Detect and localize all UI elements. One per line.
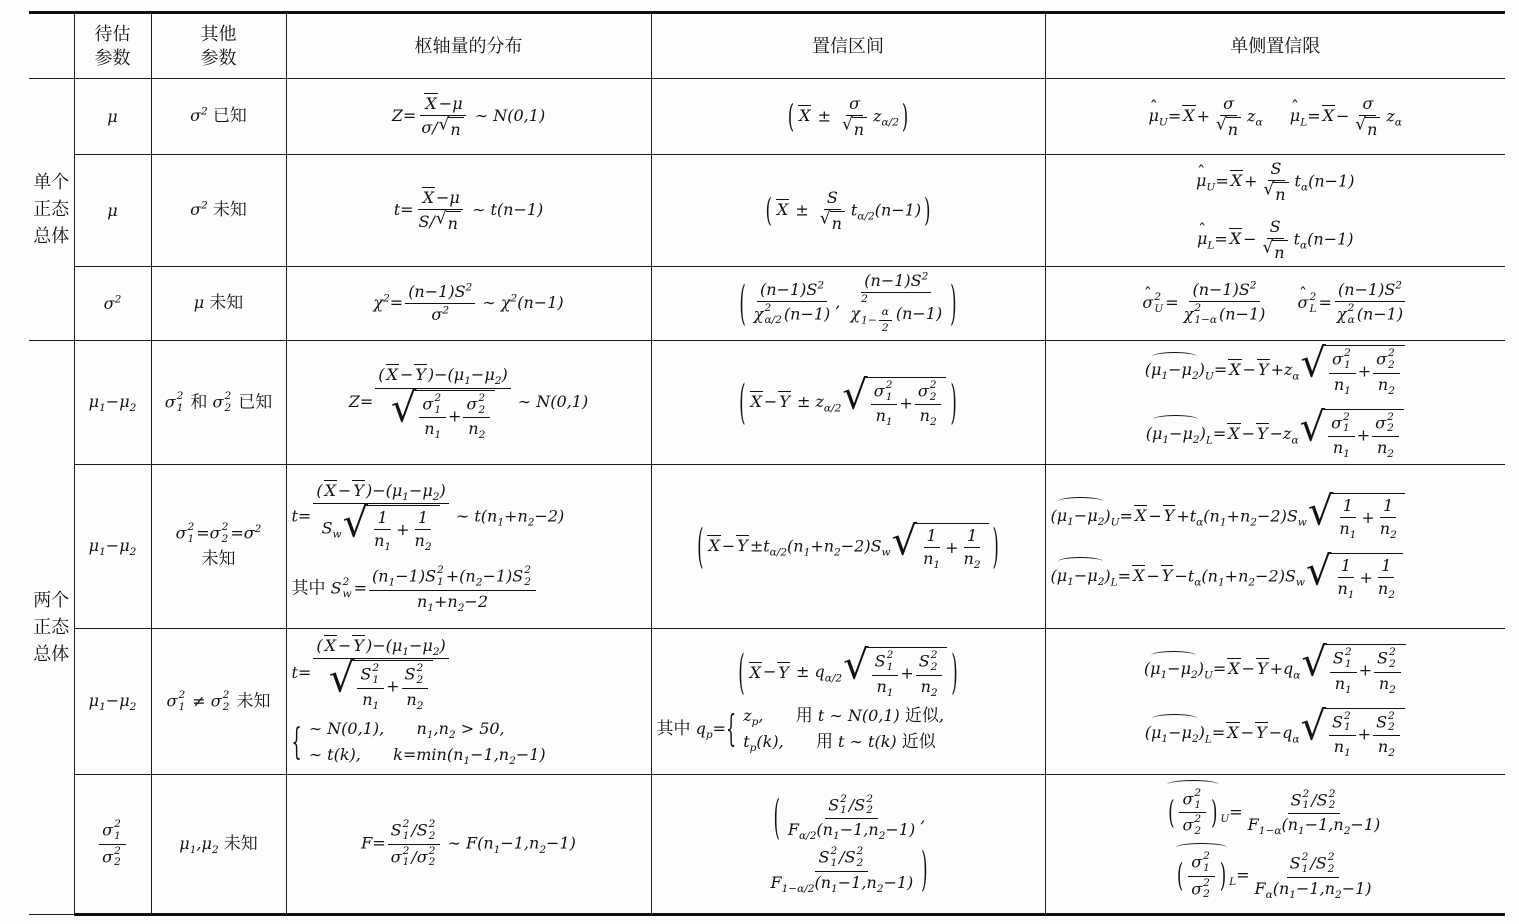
cell-other-1: σ2 已知: [151, 79, 286, 155]
cell-param-2: μ: [74, 155, 151, 267]
cell-param-1: μ: [74, 79, 151, 155]
cell-limits-1: μU=X+σ√nzαμL=X−σ√nzα: [1045, 79, 1505, 155]
cell-pivot-6: t=(X−Y)−(μ1−μ2)√S21n1+S22n2 {∼ N(0,1), n…: [286, 629, 651, 775]
cell-ci-2: (X ± S√ntα/2(n−1)): [651, 155, 1045, 267]
row-variance-ratio: σ21σ22 μ1,μ2 未知 F=S21/S22σ21/σ22 ∼ F(n1−…: [29, 775, 1505, 915]
row-mu-sigma-known: 单个 正态 总体 μ σ2 已知 Z=X−μσ/√n ∼ N(0,1) (X ±…: [29, 79, 1505, 155]
cell-limits-4: (μ1−μ2)U=X−Y+zα√σ21n1+σ22n2 (μ1−μ2)L=X−Y…: [1045, 341, 1505, 465]
cell-limits-2: μU=X+S√ntα(n−1) μL=X−S√ntα(n−1): [1045, 155, 1505, 267]
header-row: 待估 参数 其他 参数 枢轴量的分布 置信区间 单侧置信限: [29, 13, 1505, 79]
row-mu-sigma-unknown: μ σ2 未知 t=X−μS/√n ∼ t(n−1) (X ± S√ntα/2(…: [29, 155, 1505, 267]
row-mudiff-vars-known: 两个 正态 总体 μ1−μ2 σ21 和 σ22 已知 Z=(X−Y)−(μ1−…: [29, 341, 1505, 465]
header-ci: 置信区间: [651, 13, 1045, 79]
cell-param-6: μ1−μ2: [74, 629, 151, 775]
cell-limits-7: (σ21σ22)U=S21/S22F1−α(n1−1,n2−1) (σ21σ22…: [1045, 775, 1505, 915]
cell-ci-5: (X−Y±tα/2(n1+n2−2)Sw√1n1+1n2): [651, 465, 1045, 629]
page: 待估 参数 其他 参数 枢轴量的分布 置信区间 单侧置信限 单个 正态 总体 μ…: [0, 0, 1519, 924]
cell-ci-1: (X ± σ√nzα/2): [651, 79, 1045, 155]
row-mudiff-unequal: μ1−μ2 σ21 ≠ σ22 未知 t=(X−Y)−(μ1−μ2)√S21n1…: [29, 629, 1505, 775]
cell-other-6: σ21 ≠ σ22 未知: [151, 629, 286, 775]
cell-other-5: σ21=σ22=σ2 未知: [151, 465, 286, 629]
cell-other-4: σ21 和 σ22 已知: [151, 341, 286, 465]
cell-ci-3: ((n−1)S2χ2α/2(n−1), (n−1)S2χ21−α2(n−1)): [651, 267, 1045, 341]
row-sigma2: σ2 μ 未知 χ2=(n−1)S2σ2 ∼ χ2(n−1) ((n−1)S2χ…: [29, 267, 1505, 341]
cell-pivot-1: Z=X−μσ/√n ∼ N(0,1): [286, 79, 651, 155]
cell-ci-7: (S21/S22Fα/2(n1−1,n2−1), S21/S22F1−α/2(n…: [651, 775, 1045, 915]
cell-ci-4: (X−Y ± zα/2√σ21n1+σ22n2): [651, 341, 1045, 465]
cell-limits-5: (μ1−μ2)U=X−Y+tα(n1+n2−2)Sw√1n1+1n2 (μ1−μ…: [1045, 465, 1505, 629]
cell-param-5: μ1−μ2: [74, 465, 151, 629]
cell-limits-3: σ2U=(n−1)S2χ21−α(n−1)σ2L=(n−1)S2χ2α(n−1): [1045, 267, 1505, 341]
cell-param-7: σ21σ22: [74, 775, 151, 915]
cell-pivot-3: χ2=(n−1)S2σ2 ∼ χ2(n−1): [286, 267, 651, 341]
cell-param-3: σ2: [74, 267, 151, 341]
group-single-normal: 单个 正态 总体: [29, 79, 74, 341]
header-pivot: 枢轴量的分布: [286, 13, 651, 79]
cell-limits-6: (μ1−μ2)U=X−Y+qα√S21n1+S22n2 (μ1−μ2)L=X−Y…: [1045, 629, 1505, 775]
group-two-normal: 两个 正态 总体: [29, 341, 74, 915]
interval-estimation-table: 待估 参数 其他 参数 枢轴量的分布 置信区间 单侧置信限 单个 正态 总体 μ…: [29, 11, 1505, 916]
header-other: 其他 参数: [151, 13, 286, 79]
cell-other-3: μ 未知: [151, 267, 286, 341]
cell-other-2: σ2 未知: [151, 155, 286, 267]
cell-pivot-5: t=(X−Y)−(μ1−μ2)Sw√1n1+1n2 ∼ t(n1+n2−2) 其…: [286, 465, 651, 629]
cell-ci-6: (X−Y ± qα/2√S21n1+S22n2) 其中 qp={zp, 用 t …: [651, 629, 1045, 775]
header-limits: 单侧置信限: [1045, 13, 1505, 79]
cell-param-4: μ1−μ2: [74, 341, 151, 465]
cell-pivot-2: t=X−μS/√n ∼ t(n−1): [286, 155, 651, 267]
corner-cell: [29, 13, 74, 79]
row-mudiff-pooled: μ1−μ2 σ21=σ22=σ2 未知 t=(X−Y)−(μ1−μ2)Sw√1n…: [29, 465, 1505, 629]
cell-pivot-4: Z=(X−Y)−(μ1−μ2)√σ21n1+σ22n2 ∼ N(0,1): [286, 341, 651, 465]
cell-pivot-7: F=S21/S22σ21/σ22 ∼ F(n1−1,n2−1): [286, 775, 651, 915]
header-param: 待估 参数: [74, 13, 151, 79]
cell-other-7: μ1,μ2 未知: [151, 775, 286, 915]
